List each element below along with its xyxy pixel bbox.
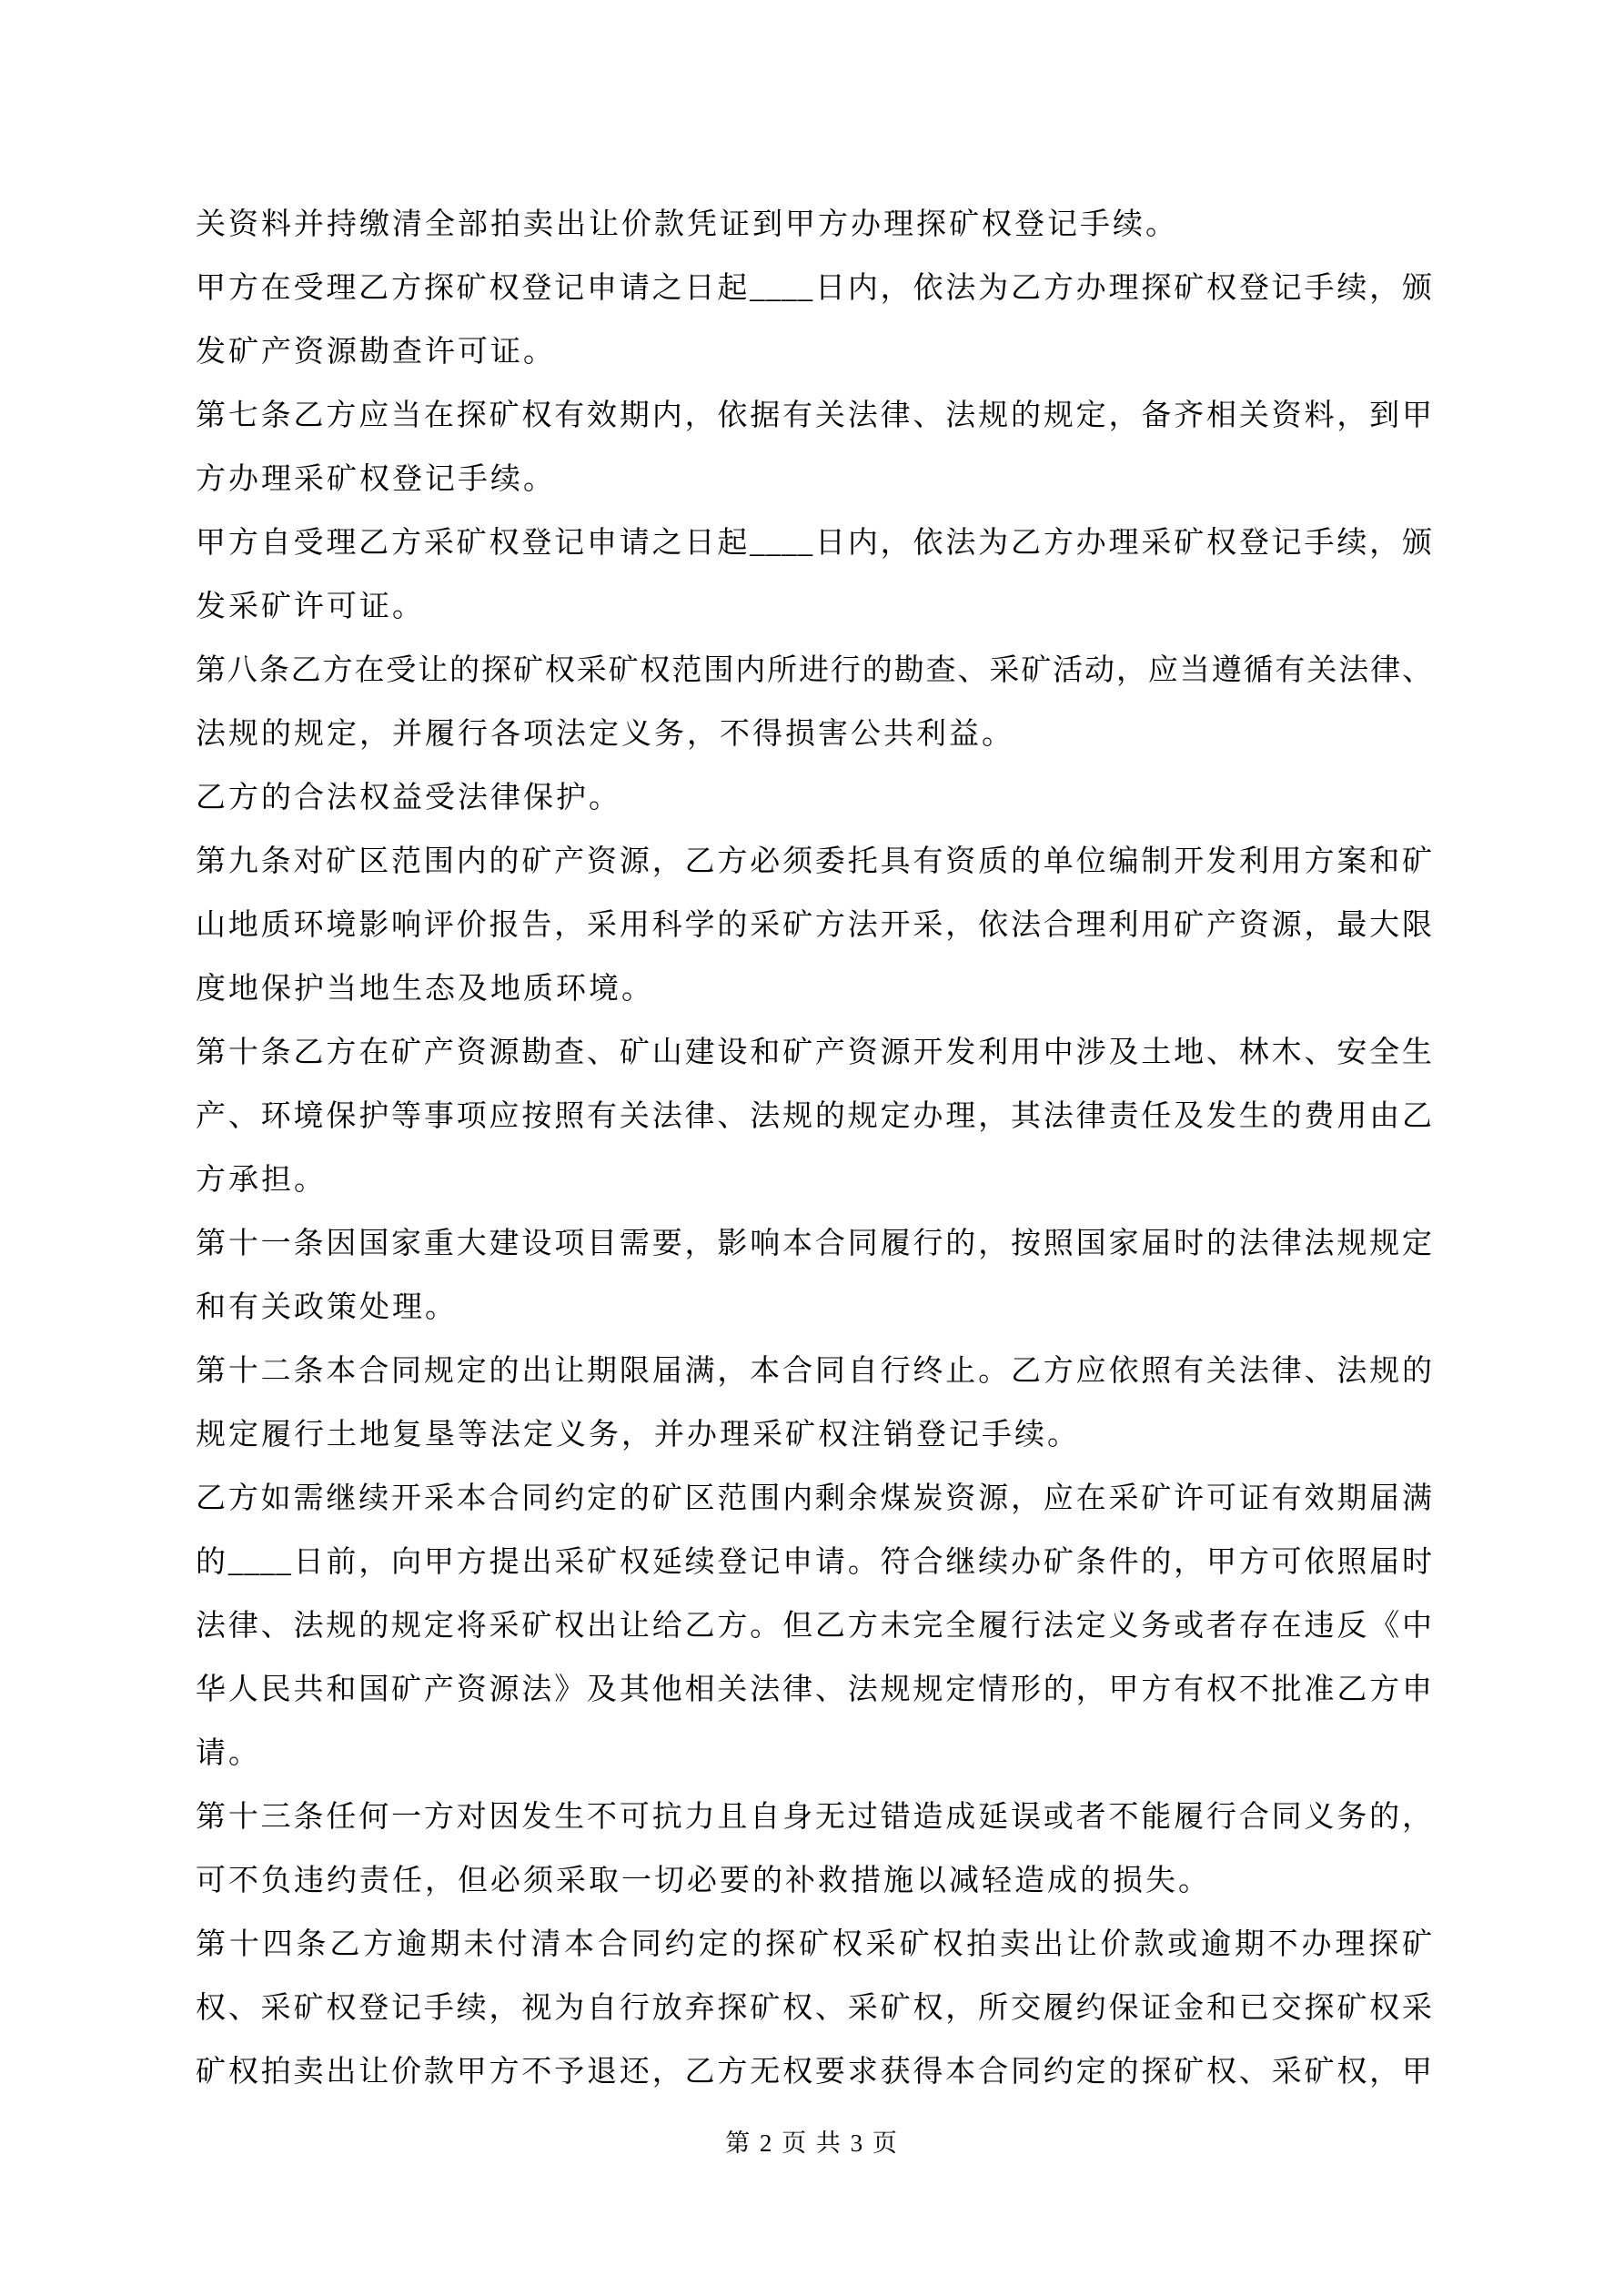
- text-line: 关资料并持缴清全部拍卖出让价款凭证到甲方办理探矿权登记手续。: [196, 193, 1433, 257]
- text-line: 法规的规定，并履行各项法定义务，不得损害公共利益。: [196, 703, 1433, 766]
- text-line: 请。: [196, 1722, 1433, 1785]
- text-line: 方办理采矿权登记手续。: [196, 448, 1433, 511]
- text-line: 第八条乙方在受让的探矿权采矿权范围内所进行的勘查、采矿活动，应当遵循有关法律、: [196, 639, 1433, 703]
- text-line: 权、采矿权登记手续，视为自行放弃探矿权、采矿权，所交履约保证金和已交探矿权采: [196, 1977, 1433, 2040]
- text-line: 第十条乙方在矿产资源勘查、矿山建设和矿产资源开发利用中涉及土地、林木、安全生: [196, 1021, 1433, 1085]
- page-footer: 第 2 页 共 3 页: [0, 2128, 1624, 2159]
- text-line: 山地质环境影响评价报告，采用科学的采矿方法开采，依法合理利用矿产资源，最大限: [196, 894, 1433, 957]
- text-line: 产、环境保护等事项应按照有关法律、法规的规定办理，其法律责任及发生的费用由乙: [196, 1085, 1433, 1148]
- text-line: 可不负违约责任，但必须采取一切必要的补救措施以减轻造成的损失。: [196, 1849, 1433, 1913]
- text-line: 发矿产资源勘查许可证。: [196, 320, 1433, 384]
- text-line: 法律、法规的规定将采矿权出让给乙方。但乙方未完全履行法定义务或者存在违反《中: [196, 1594, 1433, 1658]
- text-line: 乙方的合法权益受法律保护。: [196, 766, 1433, 830]
- text-line: 第十二条本合同规定的出让期限届满，本合同自行终止。乙方应依照有关法律、法规的: [196, 1340, 1433, 1403]
- text-line: 乙方如需继续开采本合同约定的矿区范围内剩余煤炭资源，应在采矿许可证有效期届满: [196, 1467, 1433, 1531]
- text-line: 甲方在受理乙方探矿权登记申请之日起____日内，依法为乙方办理探矿权登记手续，颁: [196, 257, 1433, 320]
- text-line: 第九条对矿区范围内的矿产资源，乙方必须委托具有资质的单位编制开发利用方案和矿: [196, 830, 1433, 894]
- text-line: 第十四条乙方逾期未付清本合同约定的探矿权采矿权拍卖出让价款或逾期不办理探矿: [196, 1913, 1433, 1977]
- text-line: 矿权拍卖出让价款甲方不予退还，乙方无权要求获得本合同约定的探矿权、采矿权，甲: [196, 2040, 1433, 2104]
- document-body: 关资料并持缴清全部拍卖出让价款凭证到甲方办理探矿权登记手续。甲方在受理乙方探矿权…: [196, 193, 1433, 2104]
- text-line: 发采矿许可证。: [196, 575, 1433, 639]
- text-line: 第七条乙方应当在探矿权有效期内，依据有关法律、法规的规定，备齐相关资料，到甲: [196, 384, 1433, 448]
- text-line: 和有关政策处理。: [196, 1276, 1433, 1340]
- text-line: 第十一条因国家重大建设项目需要，影响本合同履行的，按照国家届时的法律法规规定: [196, 1212, 1433, 1276]
- text-line: 度地保护当地生态及地质环境。: [196, 957, 1433, 1021]
- text-line: 华人民共和国矿产资源法》及其他相关法律、法规规定情形的，甲方有权不批准乙方申: [196, 1658, 1433, 1722]
- contract-document-page: 关资料并持缴清全部拍卖出让价款凭证到甲方办理探矿权登记手续。甲方在受理乙方探矿权…: [0, 0, 1624, 2296]
- text-line: 第十三条任何一方对因发生不可抗力且自身无过错造成延误或者不能履行合同义务的，: [196, 1785, 1433, 1849]
- text-line: 规定履行土地复垦等法定义务，并办理采矿权注销登记手续。: [196, 1403, 1433, 1467]
- text-line: 方承担。: [196, 1148, 1433, 1212]
- text-line: 甲方自受理乙方采矿权登记申请之日起____日内，依法为乙方办理采矿权登记手续，颁: [196, 511, 1433, 575]
- text-line: 的____日前，向甲方提出采矿权延续登记申请。符合继续办矿条件的，甲方可依照届时: [196, 1531, 1433, 1594]
